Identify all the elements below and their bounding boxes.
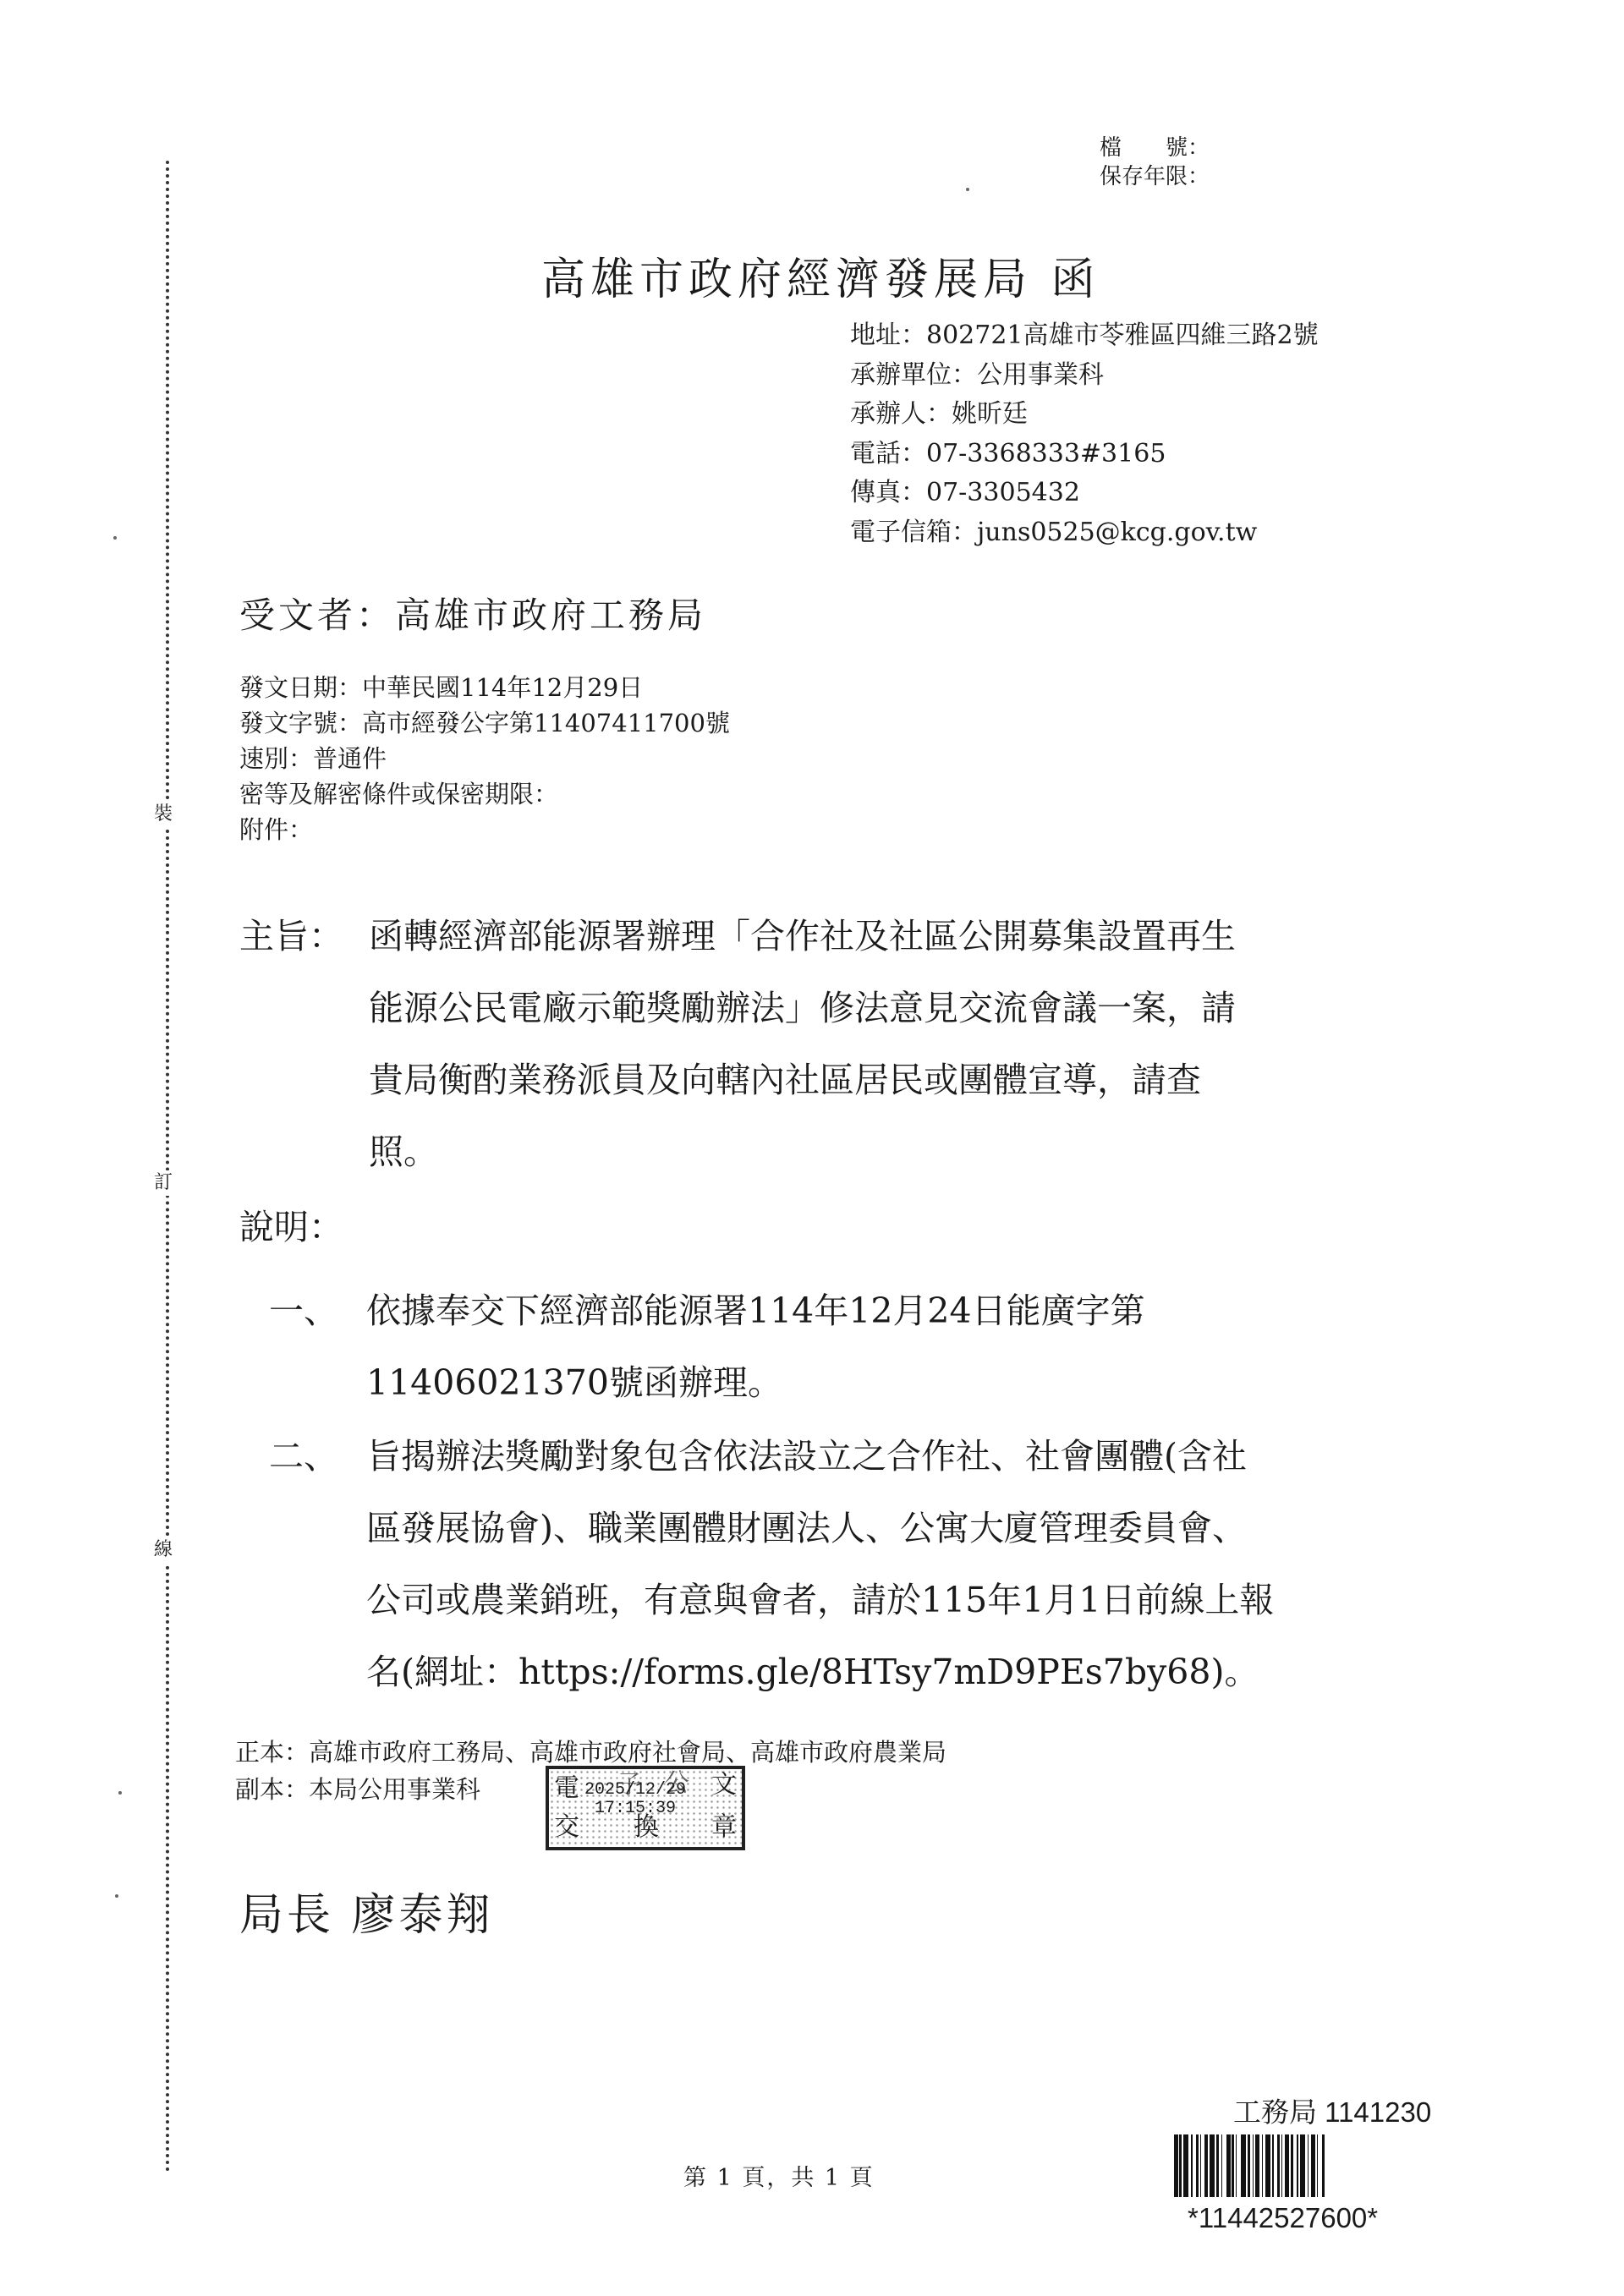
stamp-date: 2025/12/29: [584, 1781, 686, 1800]
item-number: 二、: [269, 1421, 338, 1493]
registration-link-line[interactable]: 名(網址：https://forms.gle/8HTsy7mD9PEs7by68…: [366, 1636, 1274, 1708]
item-line: 依據奉交下經濟部能源署114年12月24日能廣字第: [366, 1275, 1145, 1347]
subject-line: 照。: [369, 1116, 1624, 1188]
binding-mark-zhuang: 裝: [154, 802, 173, 827]
item-text: 依據奉交下經濟部能源署114年12月24日能廣字第 11406021370號函辦…: [366, 1275, 1145, 1419]
stamp-char: 文: [711, 1773, 737, 1798]
scan-speck: [966, 188, 969, 191]
item-line: 旨揭辦法獎勵對象包含依法設立之合作社、社會團體(含社: [366, 1421, 1274, 1493]
stamp-timestamp: 2025/12/29 17:15:39: [584, 1781, 686, 1818]
item-line: 11406021370號函辦理。: [366, 1347, 1145, 1419]
phone: 電話：07-3368333#3165: [850, 435, 1319, 474]
explanation-label: 說明：: [239, 1199, 343, 1249]
contact-block: 地址：802721高雄市苓雅區四維三路2號 承辦單位：公用事業科 承辦人：姚昕廷…: [850, 316, 1319, 552]
subject-line: 函轉經濟部能源署辦理「合作社及社區公開募集設置再生: [369, 901, 1624, 973]
address: 地址：802721高雄市苓雅區四維三路2號: [850, 316, 1319, 356]
fax: 傳真：07-3305432: [850, 474, 1319, 513]
document-number: 發文字號：高市經發公字第11407411700號: [239, 705, 730, 741]
document-meta: 發文日期：中華民國114年12月29日 發文字號：高市經發公字第11407411…: [239, 670, 730, 847]
barcode-icon: [1174, 2134, 1413, 2197]
handler: 承辦人：姚昕廷: [850, 395, 1319, 435]
stamp-char: 電: [554, 1776, 579, 1801]
attachments: 附件：: [239, 812, 730, 847]
stamp-char: 章: [711, 1815, 737, 1840]
email: 電子信箱：juns0525@kcg.gov.tw: [850, 513, 1319, 553]
scan-speck: [118, 1791, 122, 1795]
secrecy-level: 密等及解密條件或保密期限：: [239, 776, 730, 812]
binding-mark-ding: 訂: [154, 1170, 173, 1196]
electronic-exchange-stamp: 電 子 公 文 交 換 章 2025/12/29 17:15:39: [546, 1766, 745, 1850]
scan-speck: [113, 536, 117, 540]
file-info: 檔 號： 保存年限：: [1100, 134, 1210, 191]
page-number: 第 1 頁，共 1 頁: [683, 2159, 875, 2192]
item-number: 一、: [269, 1275, 338, 1347]
handling-unit: 承辦單位：公用事業科: [850, 356, 1319, 396]
subject-body: 函轉經濟部能源署辦理「合作社及社區公開募集設置再生 能源公民電廠示範獎勵辦法」修…: [369, 901, 1624, 1188]
item-line: 區發展協會)、職業團體財團法人、公寓大廈管理委員會、: [366, 1493, 1274, 1564]
barcode-number: *11442527600*: [1188, 2202, 1378, 2234]
item-line: 公司或農業銷班，有意與會者，請於115年1月1日前線上報: [366, 1564, 1274, 1636]
file-number-label: 檔 號：: [1100, 134, 1210, 162]
scan-speck: [115, 1894, 118, 1898]
stamp-time: 17:15:39: [584, 1800, 686, 1818]
binding-mark-xian: 線: [154, 1537, 173, 1563]
item-text: 旨揭辦法獎勵對象包含依法設立之合作社、社會團體(含社 區發展協會)、職業團體財團…: [366, 1421, 1274, 1708]
stamp-char: 交: [554, 1815, 579, 1840]
barcode-label: 工務局 1141230: [1233, 2091, 1431, 2130]
document-title: 高雄市政府經濟發展局 函: [541, 244, 1100, 307]
director-signature: 局長 廖泰翔: [239, 1879, 494, 1943]
speed-class: 速別：普通件: [239, 741, 730, 776]
subject-line: 能源公民電廠示範獎勵辦法」修法意見交流會議一案，請: [369, 973, 1624, 1044]
stamp-char: 換: [634, 1815, 659, 1840]
issue-date: 發文日期：中華民國114年12月29日: [239, 670, 730, 705]
recipient: 受文者：高雄市政府工務局: [239, 588, 706, 638]
subject-label: 主旨：: [239, 901, 343, 973]
binding-margin-line: [166, 161, 169, 2173]
subject-line: 貴局衡酌業務派員及向轄內社區居民或團體宣導，請查: [369, 1044, 1624, 1116]
retention-label: 保存年限：: [1100, 162, 1210, 191]
